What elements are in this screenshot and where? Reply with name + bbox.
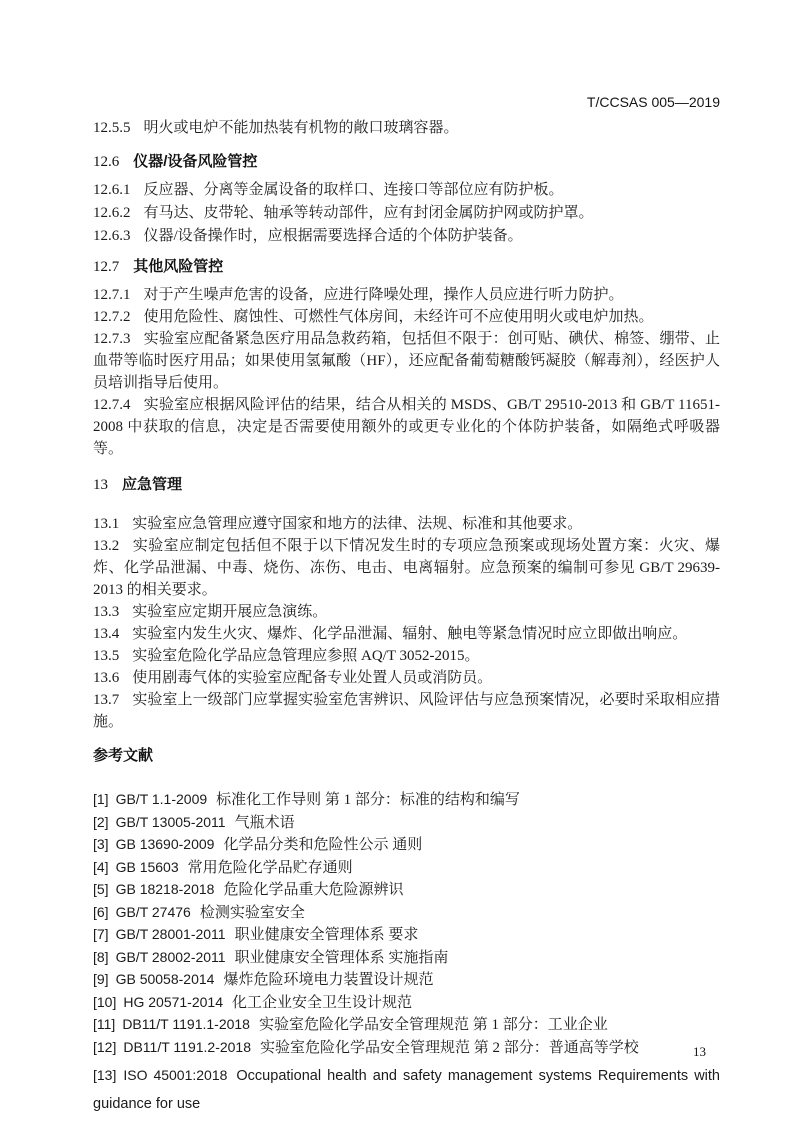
- reference-title: 常用危险化学品贮存通则: [188, 860, 353, 876]
- clause-text: 实验室内发生火灾、爆炸、化学品泄漏、辐射、触电等紧急情况时应立即做出响应。: [132, 626, 687, 642]
- clause-12-5-5: 12.5.5明火或电炉不能加热装有机物的敞口玻璃容器。: [93, 117, 720, 139]
- reference-item-13: [13]ISO 45001:2018Occupational health an…: [93, 1061, 720, 1118]
- clause-text: 反应器、分离等金属设备的取样口、连接口等部位应有防护板。: [144, 182, 564, 198]
- reference-item-12: [12]DB11/T 1191.2-2018实验室危险化学品安全管理规范 第 2…: [93, 1037, 720, 1060]
- clause-12-6-1: 12.6.1反应器、分离等金属设备的取样口、连接口等部位应有防护板。: [93, 179, 720, 202]
- clause-number: 12.7.4: [93, 397, 131, 413]
- clause-12-6-3: 12.6.3仪器/设备操作时，应根据需要选择合适的个体防护装备。: [93, 225, 720, 248]
- reference-number: [4]: [93, 859, 109, 875]
- reference-code: GB/T 1.1-2009: [116, 791, 208, 807]
- references-list: [1]GB/T 1.1-2009标准化工作导则 第 1 部分：标准的结构和编写 …: [93, 789, 720, 1118]
- clause-text: 使用剧毒气体的实验室应配备专业处置人员或消防员。: [132, 670, 492, 686]
- standard-code: T/CCSAS 005—2019: [587, 94, 720, 110]
- page-header: T/CCSAS 005—2019: [93, 94, 720, 110]
- document-page: T/CCSAS 005—2019 12.5.5明火或电炉不能加热装有机物的敞口玻…: [0, 0, 793, 1122]
- clause-12-7-4: 12.7.4实验室应根据风险评估的结果，结合从相关的 MSDS、GB/T 295…: [93, 394, 720, 460]
- section-heading-12-6: 12.6仪器/设备风险管控: [93, 151, 720, 173]
- page-content: T/CCSAS 005—2019 12.5.5明火或电炉不能加热装有机物的敞口玻…: [93, 0, 720, 1118]
- reference-number: [13]: [93, 1067, 116, 1083]
- page-number: 13: [693, 1045, 706, 1059]
- clause-number: 13.5: [93, 648, 119, 664]
- clause-number: 13.6: [93, 670, 119, 686]
- reference-number: [7]: [93, 926, 109, 942]
- clause-number: 13.2: [93, 538, 119, 554]
- reference-item-6: [6]GB/T 27476检测实验室安全: [93, 902, 720, 925]
- clause-text: 实验室应制定包括但不限于以下情况发生时的专项应急预案或现场处置方案：火灾、爆炸、…: [93, 538, 720, 598]
- clause-text: 实验室应根据风险评估的结果，结合从相关的 MSDS、GB/T 29510-201…: [93, 397, 720, 457]
- reference-number: [12]: [93, 1039, 116, 1055]
- reference-code: GB/T 28002-2011: [116, 949, 226, 965]
- section-number: 12.7: [93, 259, 119, 275]
- reference-title: 职业健康安全管理体系 实施指南: [235, 950, 449, 966]
- clause-text: 实验室应急管理应遵守国家和地方的法律、法规、标准和其他要求。: [132, 516, 582, 532]
- clause-12-7-2: 12.7.2使用危险性、腐蚀性、可燃性气体房间，未经许可不应使用明火或电炉加热。: [93, 306, 720, 328]
- reference-title: 职业健康安全管理体系 要求: [235, 927, 419, 943]
- section-heading-12-7: 12.7其他风险管控: [93, 256, 720, 278]
- reference-code: GB 15603: [116, 859, 179, 875]
- reference-number: [10]: [93, 994, 116, 1010]
- clause-13-5: 13.5实验室危险化学品应急管理应参照 AQ/T 3052-2015。: [93, 645, 720, 667]
- clause-12-7-1: 12.7.1对于产生噪声危害的设备，应进行降噪处理，操作人员应进行听力防护。: [93, 284, 720, 306]
- clause-text: 明火或电炉不能加热装有机物的敞口玻璃容器。: [144, 120, 459, 136]
- reference-item-5: [5]GB 18218-2018危险化学品重大危险源辨识: [93, 879, 720, 902]
- reference-code: GB 18218-2018: [116, 881, 215, 897]
- clause-13-3: 13.3实验室应定期开展应急演练。: [93, 601, 720, 623]
- reference-item-4: [4]GB 15603常用危险化学品贮存通则: [93, 857, 720, 880]
- clause-text: 实验室应配备紧急医疗用品急救药箱，包括但不限于：创可贴、碘伏、棉签、绷带、止血带…: [93, 331, 720, 391]
- reference-code: GB 13690-2009: [116, 836, 215, 852]
- reference-title: 检测实验室安全: [200, 905, 305, 921]
- clause-13-1: 13.1实验室应急管理应遵守国家和地方的法律、法规、标准和其他要求。: [93, 513, 720, 535]
- reference-code: GB/T 13005-2011: [116, 814, 226, 830]
- reference-title: 危险化学品重大危险源辨识: [223, 882, 403, 898]
- reference-number: [6]: [93, 904, 109, 920]
- reference-item-2: [2]GB/T 13005-2011气瓶术语: [93, 812, 720, 835]
- clause-text: 使用危险性、腐蚀性、可燃性气体房间，未经许可不应使用明火或电炉加热。: [144, 309, 654, 325]
- reference-item-7: [7]GB/T 28001-2011职业健康安全管理体系 要求: [93, 924, 720, 947]
- section-number: 12.6: [93, 154, 119, 170]
- reference-code: DB11/T 1191.1-2018: [122, 1016, 250, 1032]
- clause-group-12-7: 12.7.1对于产生噪声危害的设备，应进行降噪处理，操作人员应进行听力防护。 1…: [93, 284, 720, 460]
- reference-item-11: [11]DB11/T 1191.1-2018实验室危险化学品安全管理规范 第 1…: [93, 1014, 720, 1037]
- clause-text: 对于产生噪声危害的设备，应进行降噪处理，操作人员应进行听力防护。: [144, 287, 624, 303]
- reference-title: 标准化工作导则 第 1 部分：标准的结构和编写: [216, 792, 520, 808]
- chapter-heading-13: 13应急管理: [93, 474, 720, 496]
- reference-title: 实验室危险化学品安全管理规范 第 2 部分：普通高等学校: [260, 1040, 639, 1056]
- clause-text: 仪器/设备操作时，应根据需要选择合适的个体防护装备。: [144, 228, 523, 244]
- reference-title: 化工企业安全卫生设计规范: [232, 995, 412, 1011]
- clause-number: 13.7: [93, 692, 119, 708]
- reference-title: 爆炸危险环境电力装置设计规范: [223, 972, 433, 988]
- clause-group-12-6: 12.6.1反应器、分离等金属设备的取样口、连接口等部位应有防护板。 12.6.…: [93, 179, 720, 248]
- reference-title: 化学品分类和危险性公示 通则: [223, 837, 422, 853]
- section-title: 其他风险管控: [133, 258, 223, 275]
- reference-item-8: [8]GB/T 28002-2011职业健康安全管理体系 实施指南: [93, 947, 720, 970]
- reference-code: GB/T 27476: [116, 904, 191, 920]
- references-heading: 参考文献: [93, 745, 720, 767]
- clause-number: 12.7.1: [93, 287, 131, 303]
- reference-item-9: [9]GB 50058-2014爆炸危险环境电力装置设计规范: [93, 969, 720, 992]
- clause-12-7-3: 12.7.3实验室应配备紧急医疗用品急救药箱，包括但不限于：创可贴、碘伏、棉签、…: [93, 328, 720, 394]
- reference-title: 气瓶术语: [235, 815, 295, 831]
- reference-code: GB/T 28001-2011: [116, 926, 226, 942]
- clause-number: 12.6.1: [93, 182, 131, 198]
- clause-number: 12.7.2: [93, 309, 131, 325]
- reference-code: DB11/T 1191.2-2018: [123, 1039, 251, 1055]
- clause-13-6: 13.6使用剧毒气体的实验室应配备专业处置人员或消防员。: [93, 667, 720, 689]
- reference-title: 实验室危险化学品安全管理规范 第 1 部分：工业企业: [259, 1017, 608, 1033]
- reference-number: [9]: [93, 971, 109, 987]
- clause-number: 12.7.3: [93, 331, 131, 347]
- clause-text: 有马达、皮带轮、轴承等转动部件，应有封闭金属防护网或防护罩。: [144, 205, 594, 221]
- reference-item-10: [10]HG 20571-2014化工企业安全卫生设计规范: [93, 992, 720, 1015]
- chapter-title: 应急管理: [122, 476, 182, 493]
- clause-text: 实验室上一级部门应掌握实验室危害辨识、风险评估与应急预案情况，必要时采取相应措施…: [93, 692, 720, 730]
- clause-number: 12.6.2: [93, 205, 131, 221]
- reference-number: [2]: [93, 814, 109, 830]
- chapter-number: 13: [93, 477, 108, 493]
- reference-code: GB 50058-2014: [116, 971, 215, 987]
- clause-12-6-2: 12.6.2有马达、皮带轮、轴承等转动部件，应有封闭金属防护网或防护罩。: [93, 202, 720, 225]
- clause-text: 实验室危险化学品应急管理应参照 AQ/T 3052-2015。: [132, 648, 479, 664]
- clause-13-2: 13.2实验室应制定包括但不限于以下情况发生时的专项应急预案或现场处置方案：火灾…: [93, 535, 720, 601]
- references-title: 参考文献: [93, 747, 153, 764]
- reference-code: HG 20571-2014: [123, 994, 223, 1010]
- clause-number: 13.3: [93, 604, 119, 620]
- clause-number: 13.1: [93, 516, 119, 532]
- reference-number: [1]: [93, 791, 109, 807]
- reference-item-3: [3]GB 13690-2009化学品分类和危险性公示 通则: [93, 834, 720, 857]
- clause-13-4: 13.4实验室内发生火灾、爆炸、化学品泄漏、辐射、触电等紧急情况时应立即做出响应…: [93, 623, 720, 645]
- clause-number: 12.5.5: [93, 120, 131, 136]
- reference-number: [3]: [93, 836, 109, 852]
- clause-group-13: 13.1实验室应急管理应遵守国家和地方的法律、法规、标准和其他要求。 13.2实…: [93, 513, 720, 733]
- section-title: 仪器/设备风险管控: [133, 153, 257, 170]
- reference-number: [5]: [93, 881, 109, 897]
- reference-code: ISO 45001:2018: [123, 1067, 227, 1083]
- clause-number: 13.4: [93, 626, 119, 642]
- reference-number: [8]: [93, 949, 109, 965]
- reference-item-1: [1]GB/T 1.1-2009标准化工作导则 第 1 部分：标准的结构和编写: [93, 789, 720, 812]
- clause-13-7: 13.7实验室上一级部门应掌握实验室危害辨识、风险评估与应急预案情况，必要时采取…: [93, 689, 720, 733]
- reference-number: [11]: [93, 1016, 115, 1032]
- clause-number: 12.6.3: [93, 228, 131, 244]
- clause-text: 实验室应定期开展应急演练。: [132, 604, 327, 620]
